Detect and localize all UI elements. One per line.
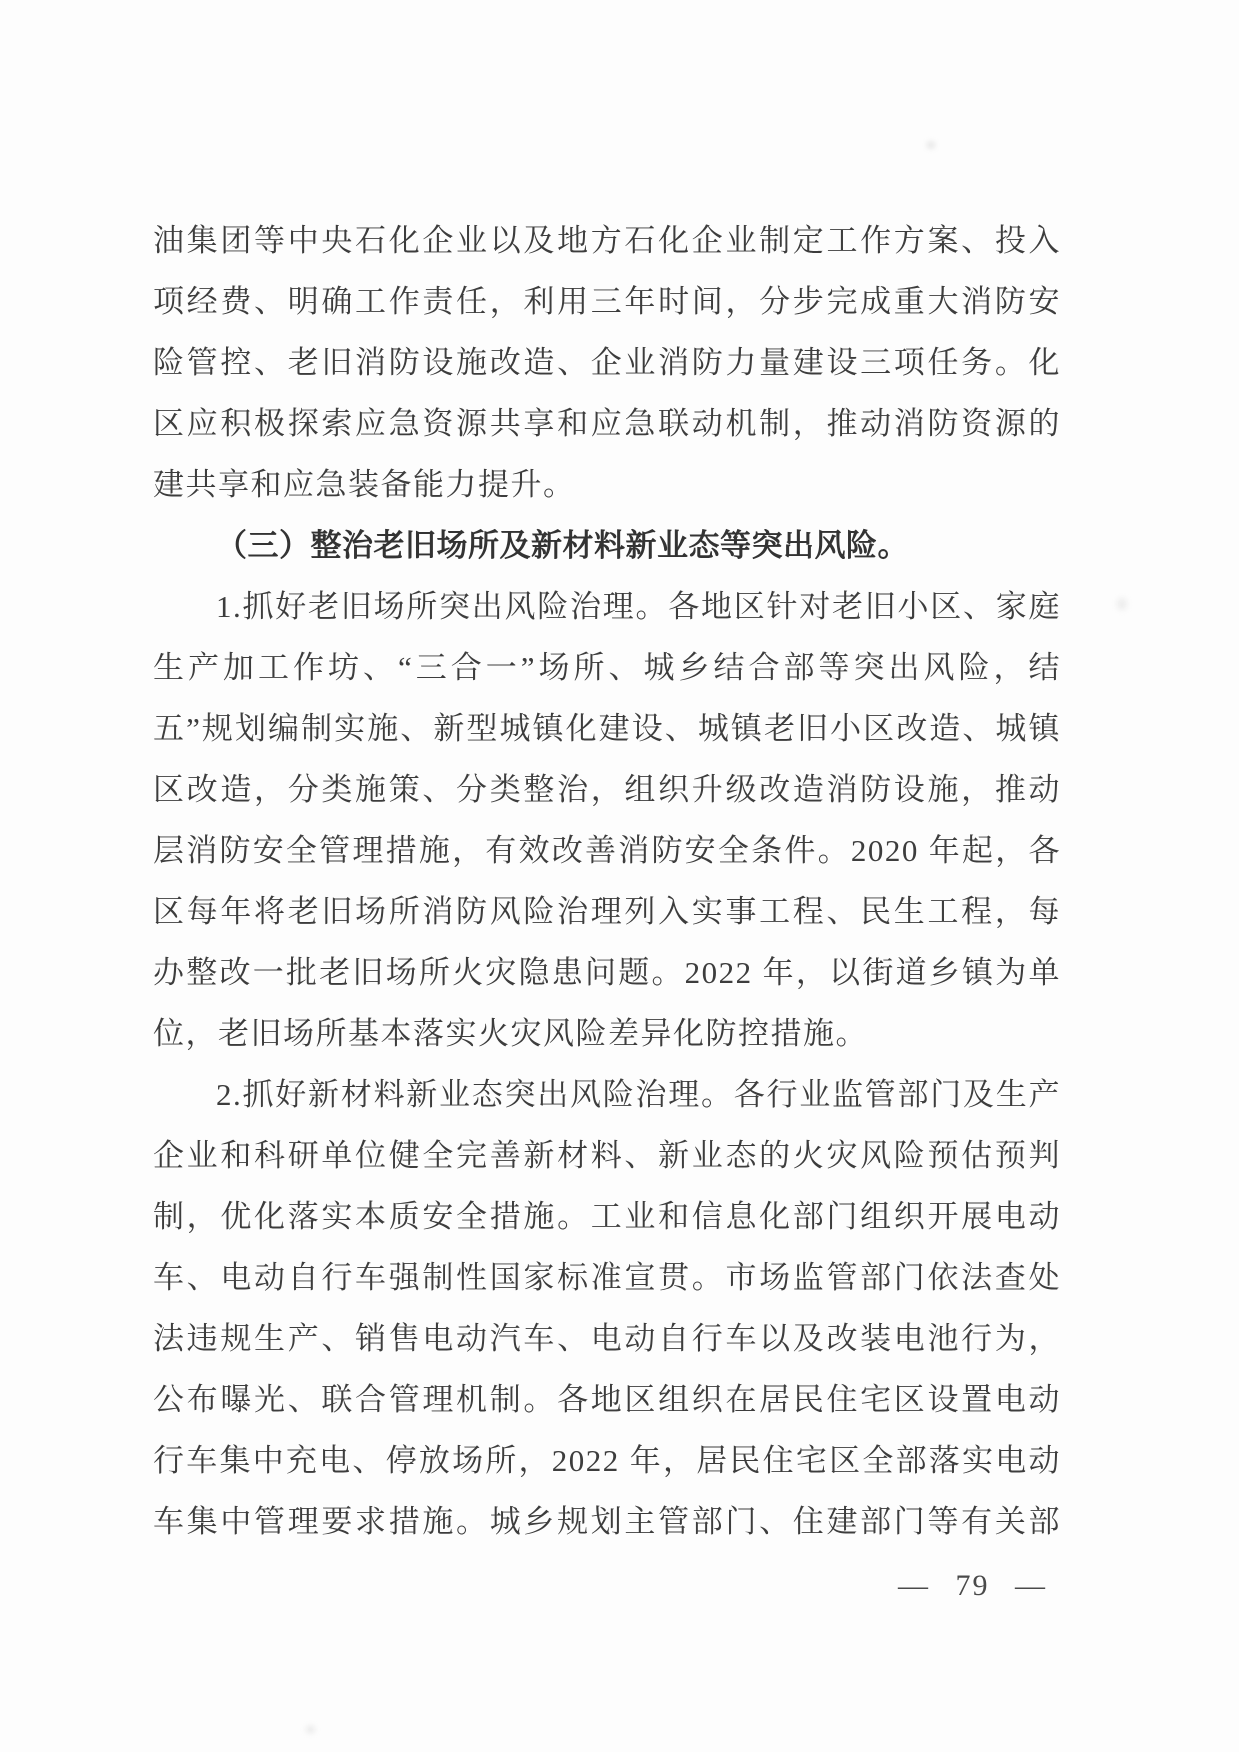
page-number: — 79 — [898, 1566, 1047, 1606]
text-line: 公布曝光、联合管理机制。各地区组织在居民住宅区设置电动自 [153, 1369, 1061, 1430]
text-line: 层消防安全管理措施，有效改善消防安全条件。2020 年起，各地 [153, 820, 1061, 881]
section-heading: （三）整治老旧场所及新材料新业态等突出风险。 [153, 515, 1061, 576]
text-line: 险管控、老旧消防设施改造、企业消防力量建设三项任务。化工园 [153, 332, 1061, 393]
text-line: 区改造，分类施策、分类整治，组织升级改造消防设施，推动落实基 [153, 759, 1061, 820]
text-line: 企业和科研单位健全完善新材料、新业态的火灾风险预估预判机 [153, 1125, 1061, 1186]
text-line-paragraph-start: 2.抓好新材料新业态突出风险治理。各行业监管部门及生产 [153, 1064, 1061, 1125]
document-text-block: 油集团等中央石化企业以及地方石化企业制定工作方案、投入专 项经费、明确工作责任，… [153, 210, 1061, 1552]
text-line: 区应积极探索应急资源共享和应急联动机制，推动消防资源的共 [153, 393, 1061, 454]
text-line: 油集团等中央石化企业以及地方石化企业制定工作方案、投入专 [153, 210, 1061, 271]
scan-artifact [1117, 598, 1127, 610]
scan-artifact [306, 1726, 315, 1733]
text-line: 区每年将老旧场所消防风险治理列入实事工程、民生工程，每年督 [153, 881, 1061, 942]
text-line: 生产加工作坊、“三合一”场所、城乡结合部等突出风险，结合“十四 [153, 637, 1061, 698]
text-line: 车、电动自行车强制性国家标准宣贯。市场监管部门依法查处违 [153, 1247, 1061, 1308]
document-page: 油集团等中央石化企业以及地方石化企业制定工作方案、投入专 项经费、明确工作责任，… [0, 0, 1239, 1752]
text-line: 制，优化落实本质安全措施。工业和信息化部门组织开展电动汽 [153, 1186, 1061, 1247]
text-line: 法违规生产、销售电动汽车、电动自行车以及改装电池行为，建立 [153, 1308, 1061, 1369]
text-line-paragraph-end: 位，老旧场所基本落实火灾风险差异化防控措施。 [153, 1003, 1061, 1064]
text-line: 行车集中充电、停放场所，2022 年，居民住宅区全部落实电动自行 [153, 1430, 1061, 1491]
text-line: 五”规划编制实施、新型城镇化建设、城镇老旧小区改造、城镇棚户 [153, 698, 1061, 759]
text-line: 办整改一批老旧场所火灾隐患问题。2022 年，以街道乡镇为单 [153, 942, 1061, 1003]
scan-artifact [927, 142, 935, 148]
text-line: 项经费、明确工作责任，利用三年时间，分步完成重大消防安全风 [153, 271, 1061, 332]
text-line-paragraph-end: 建共享和应急装备能力提升。 [153, 454, 1061, 515]
text-line: 车集中管理要求措施。城乡规划主管部门、住建部门等有关部门 [153, 1491, 1061, 1552]
text-line-paragraph-start: 1.抓好老旧场所突出风险治理。各地区针对老旧小区、家庭 [153, 576, 1061, 637]
